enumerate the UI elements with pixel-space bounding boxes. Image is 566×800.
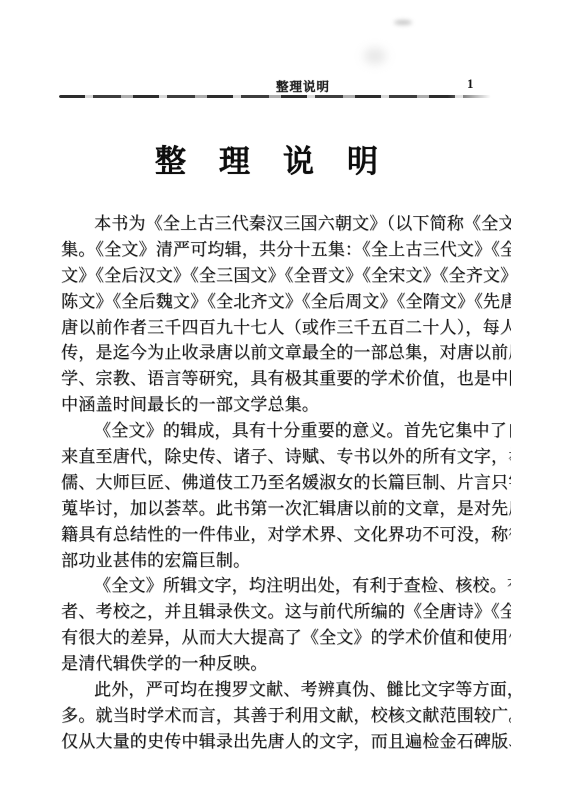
body-line: 来直至唐代，除史传、诸子、诗赋、专书以外的所有文字，举凡硕学鸿 [61,444,511,470]
body-line: 本书为《全上古三代秦汉三国六朝文》（以下简称《全文》）之一 [61,211,511,237]
header-rule-divider [59,95,491,98]
body-line: 仅从大量的史传中辑录出先唐人的文字，而且遍检金石碑版、杂记。 [61,729,511,755]
page-title: 整理说明 [0,136,566,181]
body-line: 是清代辑佚学的一种反映。 [61,651,511,677]
body-line: 《全文》的辑成，具有十分重要的意义。首先它集中了自有文字以 [61,418,511,444]
body-line: 中涵盖时间最长的一部文学总集。 [61,392,511,418]
body-line: 蒐毕讨，加以荟萃。此书第一次汇辑唐以前的文章，是对先唐文献典 [61,496,511,522]
body-line: 《全文》所辑文字，均注明出处，有利于查检、核校。有多处改录 [61,573,511,599]
scan-smudge-artifact [394,20,412,25]
running-header-title: 整理说明 [276,77,330,95]
body-line: 传，是迄今为止收录唐以前文章最全的一部总集，对唐以前历史、文 [61,340,511,366]
body-line: 唐以前作者三千四百九十七人（或作三千五百二十人），每人所有小 [61,315,511,341]
body-line: 此外，严可均在搜罗文献、考辨真伪、雠比文字等方面，费力良 [61,677,511,703]
body-line: 学、宗教、语言等研究，具有极其重要的学术价值，也是中国古代文献 [61,366,511,392]
page-number: 1 [467,76,474,92]
body-line: 多。就当时学术而言，其善于利用文献，校核文献范围较广。严氏不 [61,703,511,729]
body-line: 集。《全文》清严可均辑，共分十五集：《全上古三代文》《全秦文》《全汉 [61,237,511,263]
body-line: 部功业甚伟的宏篇巨制。 [61,548,511,574]
body-line: 儒、大师巨匠、佛道伎工乃至名媛淑女的长篇巨制、片言只字，无不旁 [61,470,511,496]
scan-smudge-artifact [364,48,386,64]
body-text-block: 本书为《全上古三代秦汉三国六朝文》（以下简称《全文》）之一 集。《全文》清严可均… [61,211,511,755]
body-line: 有很大的差异，从而大大提高了《全文》的学术价值和使用价值。这也 [61,625,511,651]
body-line: 者、考校之，并且辑录佚文。这与前代所编的《全唐诗》《全唐文》相比， [61,599,511,625]
scanned-book-page: 整理说明 1 整理说明 本书为《全上古三代秦汉三国六朝文》（以下简称《全文》）之… [0,0,566,800]
body-line: 籍具有总结性的一件伟业，对学术界、文化界功不可没，称得上是一 [61,522,511,548]
body-line: 文》《全后汉文》《全三国文》《全晋文》《全宋文》《全齐文》《全梁文》《全 [61,263,511,289]
body-line: 陈文》《全后魏文》《全北齐文》《全后周文》《全隋文》《先唐文》，共收录 [61,289,511,315]
